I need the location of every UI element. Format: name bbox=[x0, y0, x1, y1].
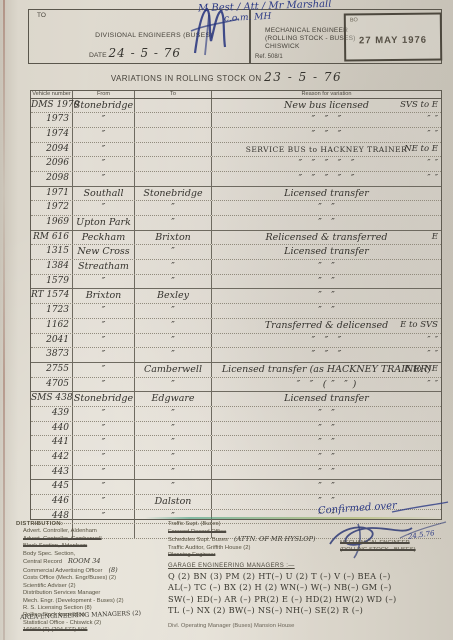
cell-status-code: ″ ″ bbox=[427, 348, 438, 361]
table-row: 1723″″″ ″ bbox=[31, 304, 441, 319]
table-row: 1973″″ ″ ″″ ″ bbox=[31, 113, 441, 128]
cell-from: ″ bbox=[73, 128, 135, 142]
cell-to: ″ bbox=[135, 201, 212, 215]
cell-from: ″ bbox=[73, 436, 135, 450]
cell-reason: ″ ″ ″″ ″ bbox=[212, 348, 441, 362]
cell-to: ″ bbox=[135, 480, 212, 494]
cell-from: ″ bbox=[73, 275, 135, 289]
cell-from: ″ bbox=[73, 422, 135, 436]
scanned-form-page: TO DIVISIONAL ENGINEERS (BUSES) DATE 24 … bbox=[0, 0, 453, 640]
table-row: 2094″SERVICE BUS to HACKNEY TRAINERNE to… bbox=[31, 143, 441, 158]
cell-from: New Cross bbox=[73, 245, 135, 259]
garage-code-row: SW(–) ED(–) AR (–) PR(2) E (–) HD(2) HW(… bbox=[168, 594, 448, 606]
cell-to: ″ bbox=[135, 451, 212, 465]
cell-from: ″ bbox=[73, 378, 135, 392]
ref-number: Ref. 508/1 bbox=[255, 54, 283, 60]
cell-to bbox=[135, 157, 212, 171]
list-item: Costs Office (Mech. Engr/Buses) (2) bbox=[16, 575, 166, 582]
date-label: DATE bbox=[89, 52, 107, 59]
table-row: 4705″″″ ″ ( ″ ″ )″ ″ bbox=[31, 378, 441, 393]
cell-from: Brixton bbox=[73, 289, 135, 303]
table-row: DMS 1970StonebridgeNew bus licensedSVS t… bbox=[31, 99, 441, 114]
variations-table: Vehicle number From To Reason for variat… bbox=[30, 90, 442, 520]
list-item: Central RecordROOM 34 bbox=[16, 558, 166, 566]
form-title-date: 23 - 5 - 76 bbox=[264, 70, 342, 84]
table-row: 1384Streatham″″ ″ bbox=[31, 260, 441, 275]
cell-to: ″ bbox=[135, 319, 212, 333]
traffic-items: Traffic Supt. (Buses)Forward Record Offi… bbox=[168, 521, 448, 560]
cell-num: RM 616 bbox=[31, 231, 73, 245]
cell-reason: Relicensed & transferredE bbox=[212, 231, 441, 245]
cell-num: 446 bbox=[31, 495, 73, 509]
cell-reason: ″ ″ bbox=[212, 260, 441, 274]
table-row: 2041″″″ ″ ″″ ″ bbox=[31, 334, 441, 349]
cell-num: RT 1574 bbox=[31, 289, 73, 303]
cell-from: Streatham bbox=[73, 260, 135, 274]
cell-num: 439 bbox=[31, 407, 73, 421]
cell-to: ″ bbox=[135, 348, 212, 362]
office-line2: (ROLLING STOCK - BUSES) bbox=[265, 35, 356, 43]
cell-from: ″ bbox=[73, 480, 135, 494]
scan-edge-artifact bbox=[3, 0, 5, 640]
cell-num: 1973 bbox=[31, 113, 73, 127]
office-address: MECHANICAL ENGINEER (ROLLING STOCK - BUS… bbox=[265, 27, 356, 52]
cell-from: ″ bbox=[73, 319, 135, 333]
form-title-text: VARIATIONS IN ROLLING STOCK ON bbox=[111, 74, 262, 83]
cell-reason: ″ ″ ″ ″ ″″ ″ bbox=[212, 157, 441, 171]
cell-num: 4705 bbox=[31, 378, 73, 392]
cell-from: Stonebridge bbox=[73, 99, 135, 113]
cell-reason: ″ ″ bbox=[212, 275, 441, 289]
table-row: 2755″CamberwellLicensed transfer (as HAC… bbox=[31, 362, 441, 378]
cell-num: 2041 bbox=[31, 334, 73, 348]
cell-reason: ″ ″ bbox=[212, 436, 441, 450]
cell-reason: ″ ″ bbox=[212, 407, 441, 421]
cell-num: 2098 bbox=[31, 172, 73, 186]
cell-to bbox=[135, 99, 212, 113]
cell-num: 1974 bbox=[31, 128, 73, 142]
garage-heading: GARAGE ENGINEERING MANAGERS :— bbox=[168, 563, 448, 571]
ink-scribble bbox=[185, 3, 245, 58]
cell-num: 1162 bbox=[31, 319, 73, 333]
cell-to: ″ bbox=[135, 378, 212, 392]
cell-from: ″ bbox=[73, 348, 135, 362]
table-row: 2098″″ ″ ″ ″ ″″ ″ bbox=[31, 172, 441, 187]
col-header-reason: Reason for variation bbox=[212, 91, 441, 98]
cell-to bbox=[135, 143, 212, 157]
cell-to: Camberwell bbox=[135, 363, 212, 377]
table-row: RT 1574BrixtonBexley″ ″ bbox=[31, 288, 441, 304]
cell-to: Bexley bbox=[135, 289, 212, 303]
stamp-date: 27 MAY 1976 bbox=[346, 35, 440, 47]
list-item: Traffic Auditor, Griffith House (2) bbox=[168, 545, 448, 553]
cell-to: Edgware bbox=[135, 392, 212, 406]
traffic-section: Traffic Supt. (Buses)Forward Record Offi… bbox=[168, 521, 448, 630]
table-row: 1972″″″ ″ bbox=[31, 201, 441, 216]
list-item: Planning Engineer bbox=[168, 552, 448, 560]
cell-to: ″ bbox=[135, 436, 212, 450]
cell-num: 1579 bbox=[31, 275, 73, 289]
table-row: RM 616PeckhamBrixtonRelicensed & transfe… bbox=[31, 230, 441, 246]
cell-reason: ″ ″ bbox=[212, 289, 441, 303]
cell-reason: Licensed transfer bbox=[212, 392, 441, 406]
cell-num: 3873 bbox=[31, 348, 73, 362]
list-item: Block Section, Aldenham bbox=[16, 543, 166, 550]
garage-code-row: AL(–) TC (–) BX (2) H (2) WN(–) W(–) NB(… bbox=[168, 582, 448, 594]
cell-to bbox=[135, 113, 212, 127]
date-handwritten: 24 - 5 - 76 bbox=[109, 46, 182, 60]
cell-reason: Transferred & delicensedE to SVS bbox=[212, 319, 441, 333]
cell-reason: ″ ″ bbox=[212, 201, 441, 215]
cell-num: 1384 bbox=[31, 260, 73, 274]
cell-reason: ″ ″ bbox=[212, 216, 441, 230]
cell-reason: New bus licensedSVS to E bbox=[212, 99, 441, 113]
table-row: 439″″″ ″ bbox=[31, 407, 441, 422]
cell-status-code: NE to E bbox=[404, 143, 438, 156]
col-header-to: To bbox=[135, 91, 212, 98]
cell-to: ″ bbox=[135, 304, 212, 318]
cell-from: ″ bbox=[73, 334, 135, 348]
cell-num: 2094 bbox=[31, 143, 73, 157]
cell-to: ″ bbox=[135, 334, 212, 348]
cell-from: ″ bbox=[73, 495, 135, 509]
cell-to: ″ bbox=[135, 407, 212, 421]
table-row: 445″″″ ″ bbox=[31, 479, 441, 495]
cell-num: 445 bbox=[31, 480, 73, 494]
list-item: Distribution Services Manager bbox=[16, 590, 166, 597]
date-line: DATE 24 - 5 - 76 bbox=[89, 46, 181, 60]
cell-num: 441 bbox=[31, 436, 73, 450]
cell-status-code: ″ ″ bbox=[427, 113, 438, 126]
list-item: Commercial Advertising Officer(8) bbox=[16, 567, 166, 575]
cell-reason: ″ ″ ( ″ ″ )″ ″ bbox=[212, 378, 441, 392]
table-body: DMS 1970StonebridgeNew bus licensedSVS t… bbox=[31, 99, 441, 540]
cell-to: ″ bbox=[135, 245, 212, 259]
cell-num: 1315 bbox=[31, 245, 73, 259]
table-row: 440″″″ ″ bbox=[31, 422, 441, 437]
cell-to: ″ bbox=[135, 422, 212, 436]
col-header-vehicle-number: Vehicle number bbox=[31, 91, 73, 98]
cell-num: 1723 bbox=[31, 304, 73, 318]
cell-to: ″ bbox=[135, 466, 212, 480]
cell-status-code: E to NE bbox=[404, 363, 438, 376]
office-line3: CHISWICK bbox=[265, 43, 356, 51]
list-item: Traffic Supt. (Buses) bbox=[168, 521, 448, 529]
table-row: 2096″″ ″ ″ ″ ″″ ″ bbox=[31, 157, 441, 172]
table-row: 3873″″″ ″ ″″ ″ bbox=[31, 348, 441, 363]
table-row: 1969Upton Park″″ ″ bbox=[31, 216, 441, 231]
cell-reason: ″ ″ bbox=[212, 480, 441, 494]
list-item: 169/69 (T) (204 677) 506 bbox=[16, 627, 166, 634]
cell-reason: ″ ″ bbox=[212, 304, 441, 318]
table-row: 443″″″ ″ bbox=[31, 466, 441, 481]
garage-code-rows: Q (2) BN (3) PM (2) HT(–) U (2) T (–) V … bbox=[168, 571, 448, 617]
cell-num: 2096 bbox=[31, 157, 73, 171]
cell-reason: ″ ″ ″″ ″ bbox=[212, 334, 441, 348]
cell-to: Brixton bbox=[135, 231, 212, 245]
cell-num: 1972 bbox=[31, 201, 73, 215]
cell-reason: SERVICE BUS to HACKNEY TRAINERNE to E bbox=[212, 143, 441, 157]
cell-from: Southall bbox=[73, 187, 135, 201]
table-row: 441″″″ ″ bbox=[31, 436, 441, 451]
stamp-prefix: BO bbox=[350, 17, 358, 23]
list-item: Mech. Engr. (Development - Buses) (2) bbox=[16, 598, 166, 605]
cell-reason: ″ ″ ″″ ″ bbox=[212, 128, 441, 142]
table-row: 442″″″ ″ bbox=[31, 451, 441, 466]
table-row: 1162″″Transferred & delicensedE to SVS bbox=[31, 319, 441, 334]
cell-reason: Licensed transfer (as HACKNEY TRAINER)E … bbox=[212, 363, 441, 377]
cell-status-code: E to SVS bbox=[400, 319, 438, 332]
cell-reason: Licensed transfer bbox=[212, 187, 441, 201]
distribution-heading: DISTRIBUTION: bbox=[16, 521, 166, 528]
cell-from: Peckham bbox=[73, 231, 135, 245]
cell-to: ″ bbox=[135, 260, 212, 274]
cell-num: 440 bbox=[31, 422, 73, 436]
cell-from: ″ bbox=[73, 407, 135, 421]
cell-num: DMS 1970 bbox=[31, 99, 73, 113]
cell-status-code: ″ ″ bbox=[427, 378, 438, 391]
cell-reason: ″ ″ bbox=[212, 451, 441, 465]
cell-to: Dalston bbox=[135, 495, 212, 509]
cell-status-code: E bbox=[432, 231, 438, 244]
table-row: 1974″″ ″ ″″ ″ bbox=[31, 128, 441, 143]
table-row: 1315New Cross″Licensed transfer bbox=[31, 245, 441, 260]
cell-from: ″ bbox=[73, 363, 135, 377]
cell-to: Stonebridge bbox=[135, 187, 212, 201]
distribution-list: DISTRIBUTION: Advert. Controller, Aldenh… bbox=[16, 521, 166, 635]
col-header-from: From bbox=[73, 91, 135, 98]
cell-from: ″ bbox=[73, 172, 135, 186]
cell-from: ″ bbox=[73, 201, 135, 215]
list-item: Advert. Controller, Camberwell bbox=[16, 536, 166, 543]
cell-from: ″ bbox=[73, 143, 135, 157]
cell-status-code: ″ ″ bbox=[427, 157, 438, 170]
handwritten-note: (ATTN. OF MR HYSLOP) bbox=[228, 535, 316, 543]
cell-reason: ″ ″ bbox=[212, 422, 441, 436]
cell-num: 1971 bbox=[31, 187, 73, 201]
cell-status-code: ″ ″ bbox=[427, 172, 438, 185]
list-item: Scientific Adviser (2) bbox=[16, 583, 166, 590]
handwritten-note: (8) bbox=[102, 566, 117, 574]
cell-from: ″ bbox=[73, 451, 135, 465]
list-item: Schedules Supt. Buses(ATTN. OF MR HYSLOP… bbox=[168, 536, 448, 545]
cell-num: 1969 bbox=[31, 216, 73, 230]
cell-from: Stonebridge bbox=[73, 392, 135, 406]
garage-code-row: TL (–) NX (2) BW(–) NS(–) NH(–) SE(2) R … bbox=[168, 605, 448, 617]
cell-reason: Licensed transfer bbox=[212, 245, 441, 259]
cell-reason: ″ ″ ″″ ″ bbox=[212, 113, 441, 127]
cell-num: SMS 438 bbox=[31, 392, 73, 406]
cell-num: 2755 bbox=[31, 363, 73, 377]
cell-to: ″ bbox=[135, 275, 212, 289]
cell-to bbox=[135, 172, 212, 186]
cell-status-code: SVS to E bbox=[400, 99, 438, 112]
list-item: Statistical Office - Chiswick (2) bbox=[16, 620, 166, 627]
cell-from: ″ bbox=[73, 157, 135, 171]
date-stamp: BO 27 MAY 1976 bbox=[344, 12, 442, 61]
cell-from: ″ bbox=[73, 113, 135, 127]
cell-num: 443 bbox=[31, 466, 73, 480]
list-item: Advert. Controller, Aldenham bbox=[16, 528, 166, 535]
table-row: 1971SouthallStonebridgeLicensed transfer bbox=[31, 186, 441, 202]
table-header-row: Vehicle number From To Reason for variat… bbox=[31, 91, 441, 99]
cell-num: 442 bbox=[31, 451, 73, 465]
cell-from: ″ bbox=[73, 304, 135, 318]
cell-status-code: ″ ″ bbox=[427, 334, 438, 347]
to-label: TO bbox=[37, 12, 46, 19]
cell-status-code: ″ ″ bbox=[427, 128, 438, 141]
form-title: VARIATIONS IN ROLLING STOCK ON 23 - 5 - … bbox=[0, 70, 453, 84]
office-line1: MECHANICAL ENGINEER bbox=[265, 27, 356, 35]
handwritten-note: ROOM 34 bbox=[62, 557, 101, 565]
garage-code-row: Q (2) BN (3) PM (2) HT(–) U (2) T (–) V … bbox=[168, 571, 448, 583]
cell-to: ″ bbox=[135, 216, 212, 230]
cell-from: Upton Park bbox=[73, 216, 135, 230]
bottom-line: Divl. Operating Manager (Buses) Mansion … bbox=[168, 623, 448, 631]
cell-reason: ″ ″ ″ ″ ″″ ″ bbox=[212, 172, 441, 186]
cell-to bbox=[135, 128, 212, 142]
cell-reason: ″ ″ bbox=[212, 466, 441, 480]
table-row: 1579″″″ ″ bbox=[31, 275, 441, 290]
cell-from: ″ bbox=[73, 466, 135, 480]
table-row: SMS 438StonebridgeEdgwareLicensed transf… bbox=[31, 391, 441, 407]
